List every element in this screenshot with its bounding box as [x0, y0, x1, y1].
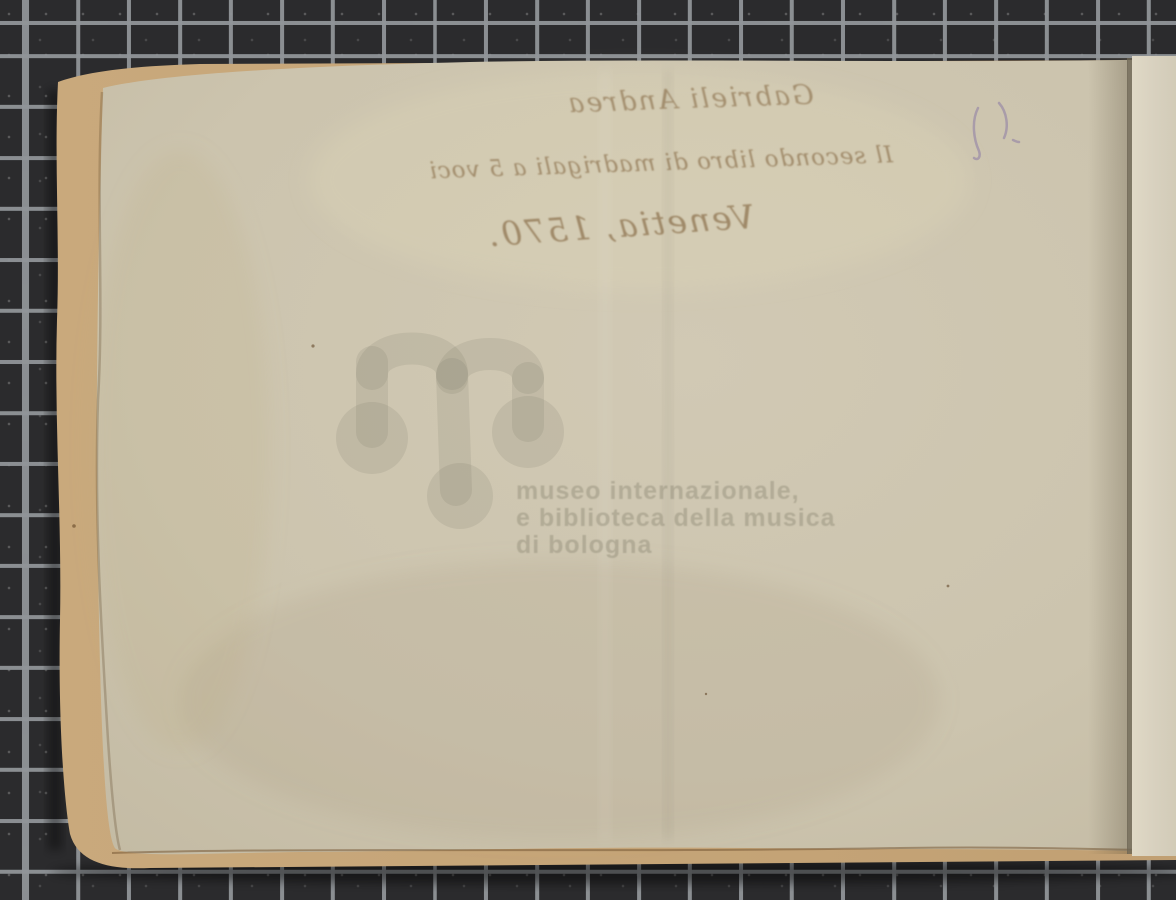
paper-streak: [664, 70, 672, 840]
watermark-line: di bologna: [516, 532, 836, 559]
watermark-line: museo internazionale,: [516, 478, 836, 505]
manuscript-page: [0, 0, 1176, 900]
paper-mottle: [90, 150, 270, 750]
fold-crease: [1127, 58, 1132, 854]
next-page-strip: [1132, 56, 1176, 856]
gutter-shading: [1088, 58, 1128, 854]
paper-mottle: [180, 560, 940, 840]
watermark-line: e biblioteca della musica: [516, 505, 836, 532]
photo-scene: Gabrieli Andrea Il secondo libro di madr…: [0, 0, 1176, 900]
library-watermark: museo internazionale, e biblioteca della…: [516, 478, 836, 559]
paper-streak: [600, 70, 610, 840]
